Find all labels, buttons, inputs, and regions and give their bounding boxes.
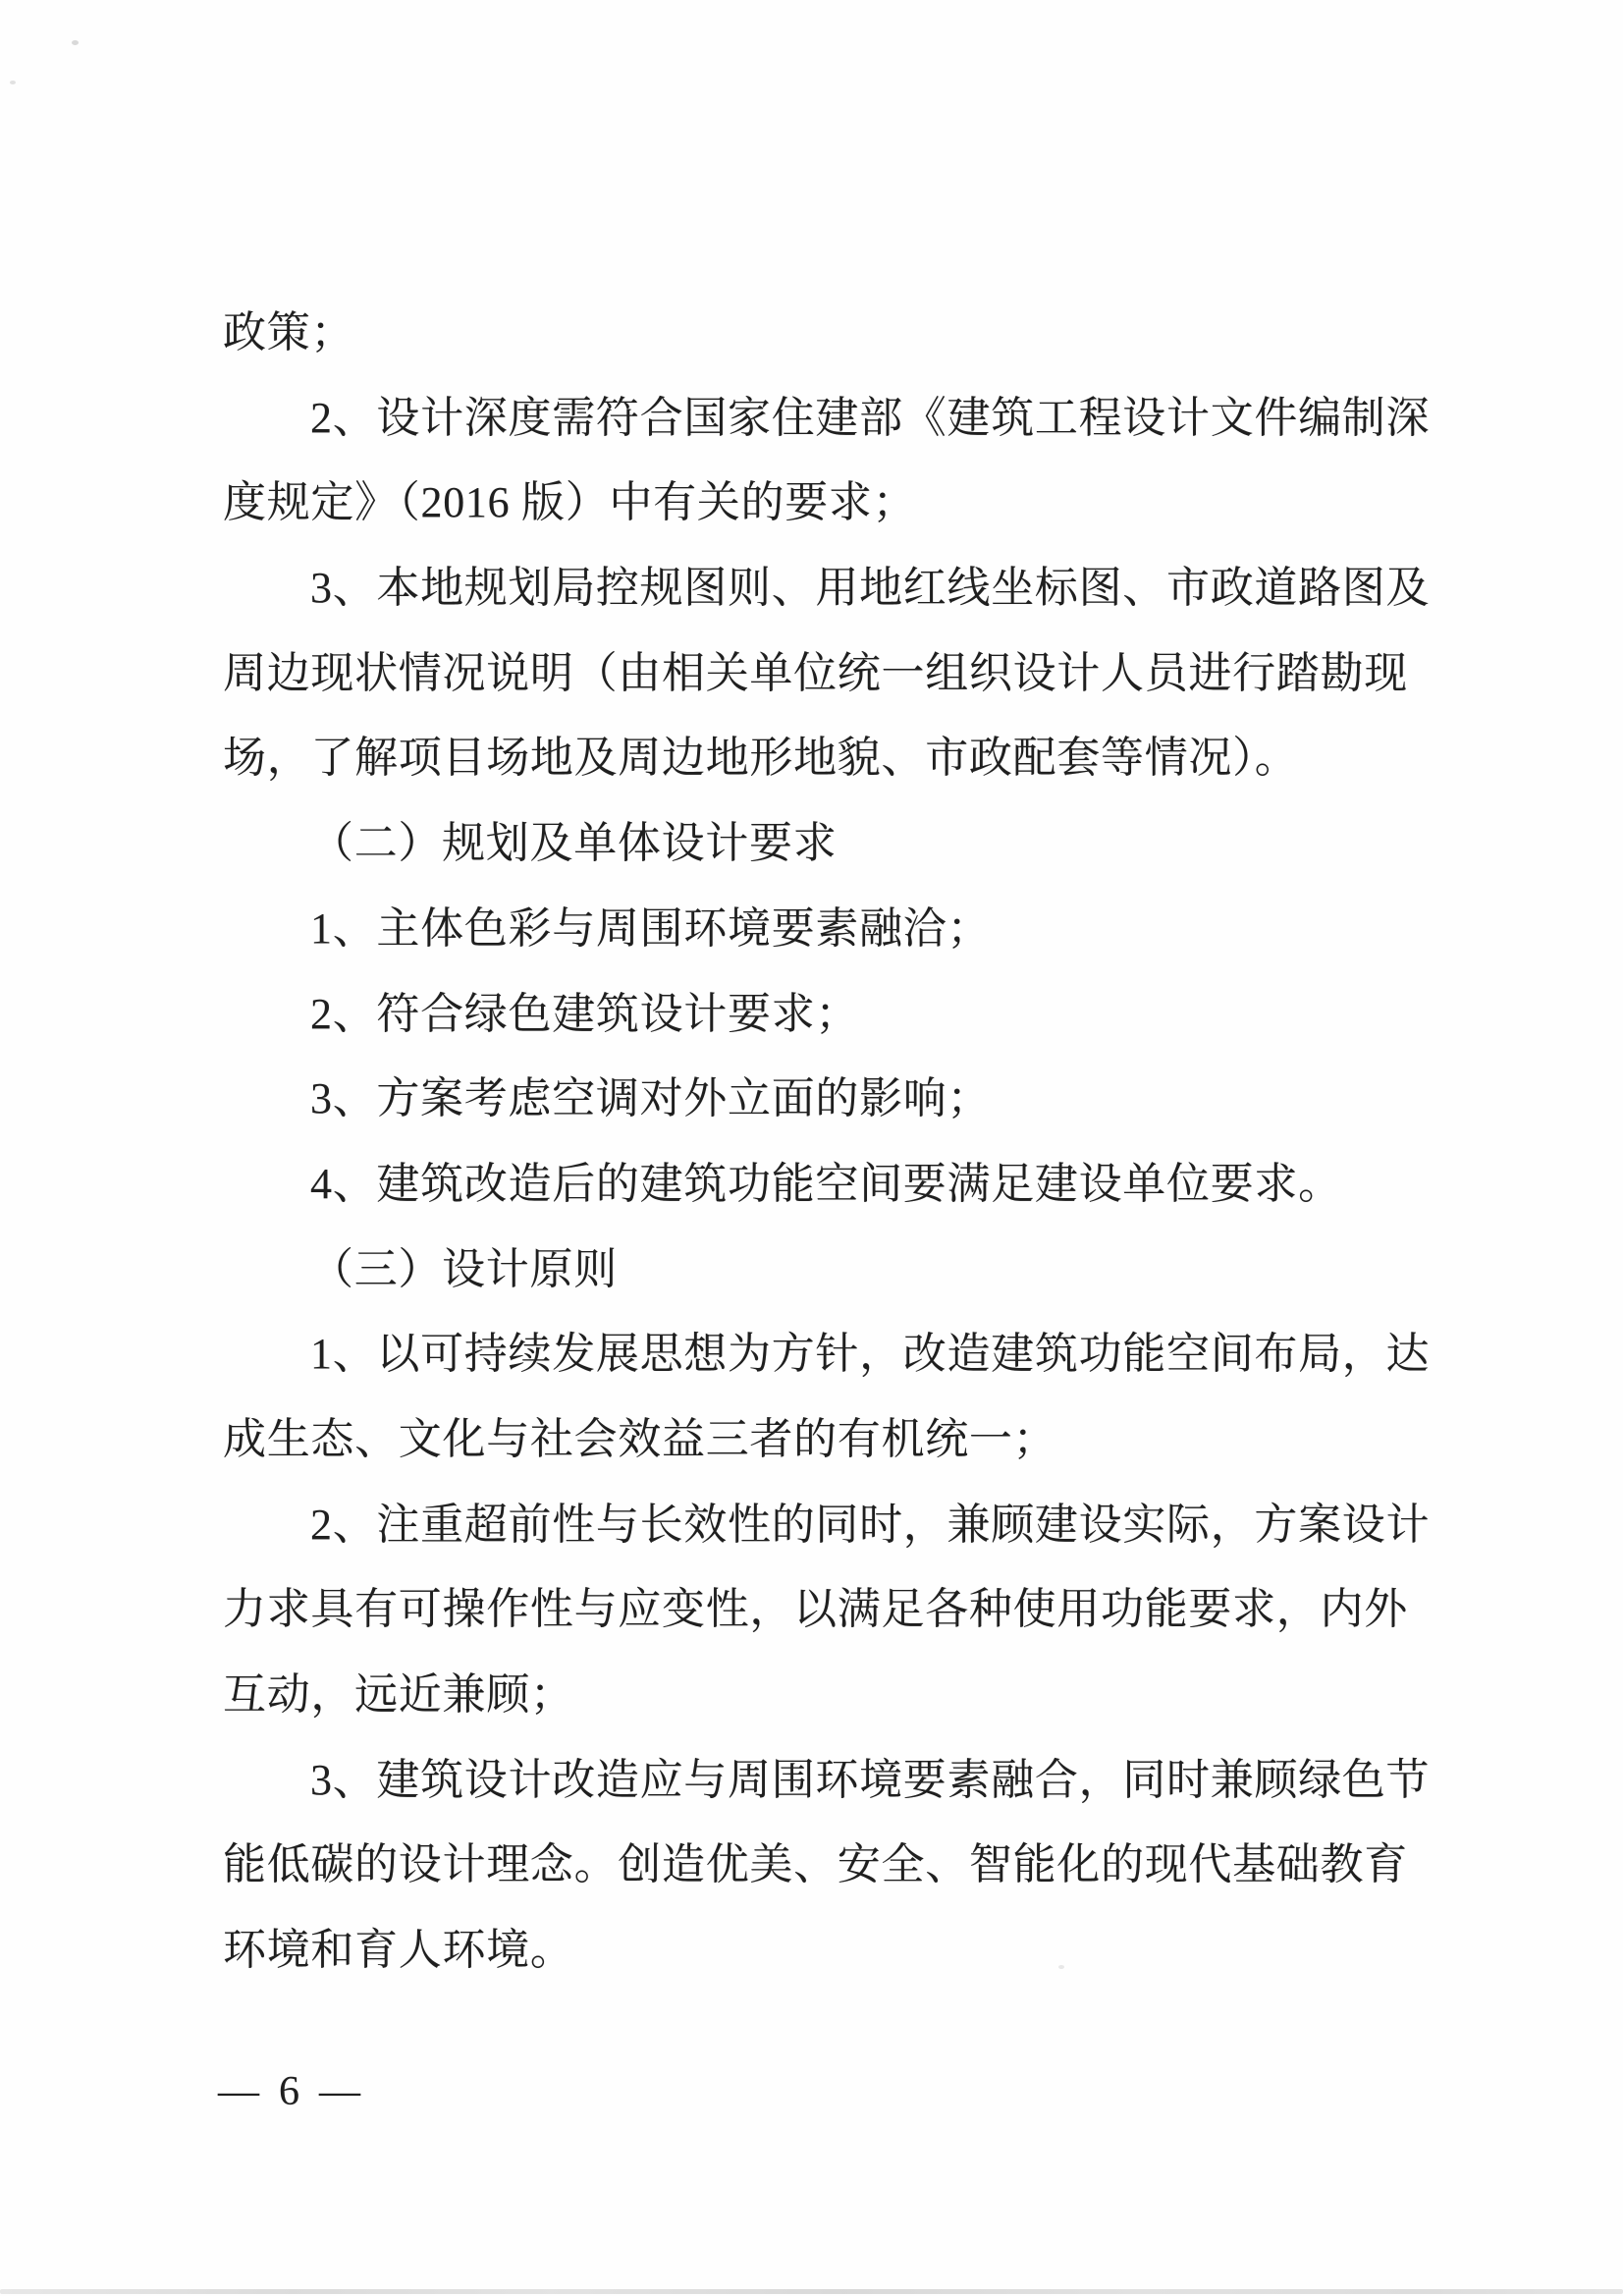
text-line: 1、主体色彩与周围环境要素融洽； xyxy=(223,887,1413,972)
text-line: 力求具有可操作性与应变性，以满足各种使用功能要求，内外 xyxy=(223,1567,1413,1653)
text-line: 3、本地规划局控规图则、用地红线坐标图、市政道路图及 xyxy=(223,546,1413,631)
section-heading-line: （二）规划及单体设计要求 xyxy=(223,801,1413,887)
scanned-document-page: 政策； 2、设计深度需符合国家住建部《建筑工程设计文件编制深 度规定》（2016… xyxy=(0,0,1623,2296)
document-body: 政策； 2、设计深度需符合国家住建部《建筑工程设计文件编制深 度规定》（2016… xyxy=(223,291,1413,1994)
text-line: 互动，远近兼顾； xyxy=(223,1653,1413,1738)
footer-dash-right: — xyxy=(319,2069,360,2114)
scan-bottom-edge-artifact xyxy=(0,2289,1623,2294)
text-line: 3、方案考虑空调对外立面的影响； xyxy=(223,1057,1413,1142)
section-heading-line: （三）设计原则 xyxy=(223,1228,1413,1313)
text-line: 能低碳的设计理念。创造优美、安全、智能化的现代基础教育 xyxy=(223,1823,1413,1908)
text-line: 1、以可持续发展思想为方针，改造建筑功能空间布局，达 xyxy=(223,1312,1413,1397)
text-line: 政策； xyxy=(223,291,1413,376)
text-line: 4、建筑改造后的建筑功能空间要满足建设单位要求。 xyxy=(223,1142,1413,1228)
footer-dash-left: — xyxy=(218,2069,259,2114)
text-line: 2、设计深度需符合国家住建部《建筑工程设计文件编制深 xyxy=(223,376,1413,462)
text-line: 2、符合绿色建筑设计要求； xyxy=(223,972,1413,1058)
text-line: 环境和育人环境。 xyxy=(223,1908,1413,1994)
text-line: 3、建筑设计改造应与周围环境要素融合，同时兼顾绿色节 xyxy=(223,1738,1413,1824)
text-line: 度规定》（2016 版）中有关的要求； xyxy=(223,461,1413,546)
page-footer: —6— xyxy=(218,2062,360,2121)
text-line: 成生态、文化与社会效益三者的有机统一； xyxy=(223,1397,1413,1483)
page-number: 6 xyxy=(279,2069,299,2114)
text-line: 2、注重超前性与长效性的同时，兼顾建设实际，方案设计 xyxy=(223,1483,1413,1568)
text-line: 场，了解项目场地及周边地形地貌、市政配套等情况）。 xyxy=(223,716,1413,801)
text-line: 周边现状情况说明（由相关单位统一组织设计人员进行踏勘现 xyxy=(223,631,1413,717)
scan-speck xyxy=(10,81,16,84)
scan-speck xyxy=(72,40,79,45)
